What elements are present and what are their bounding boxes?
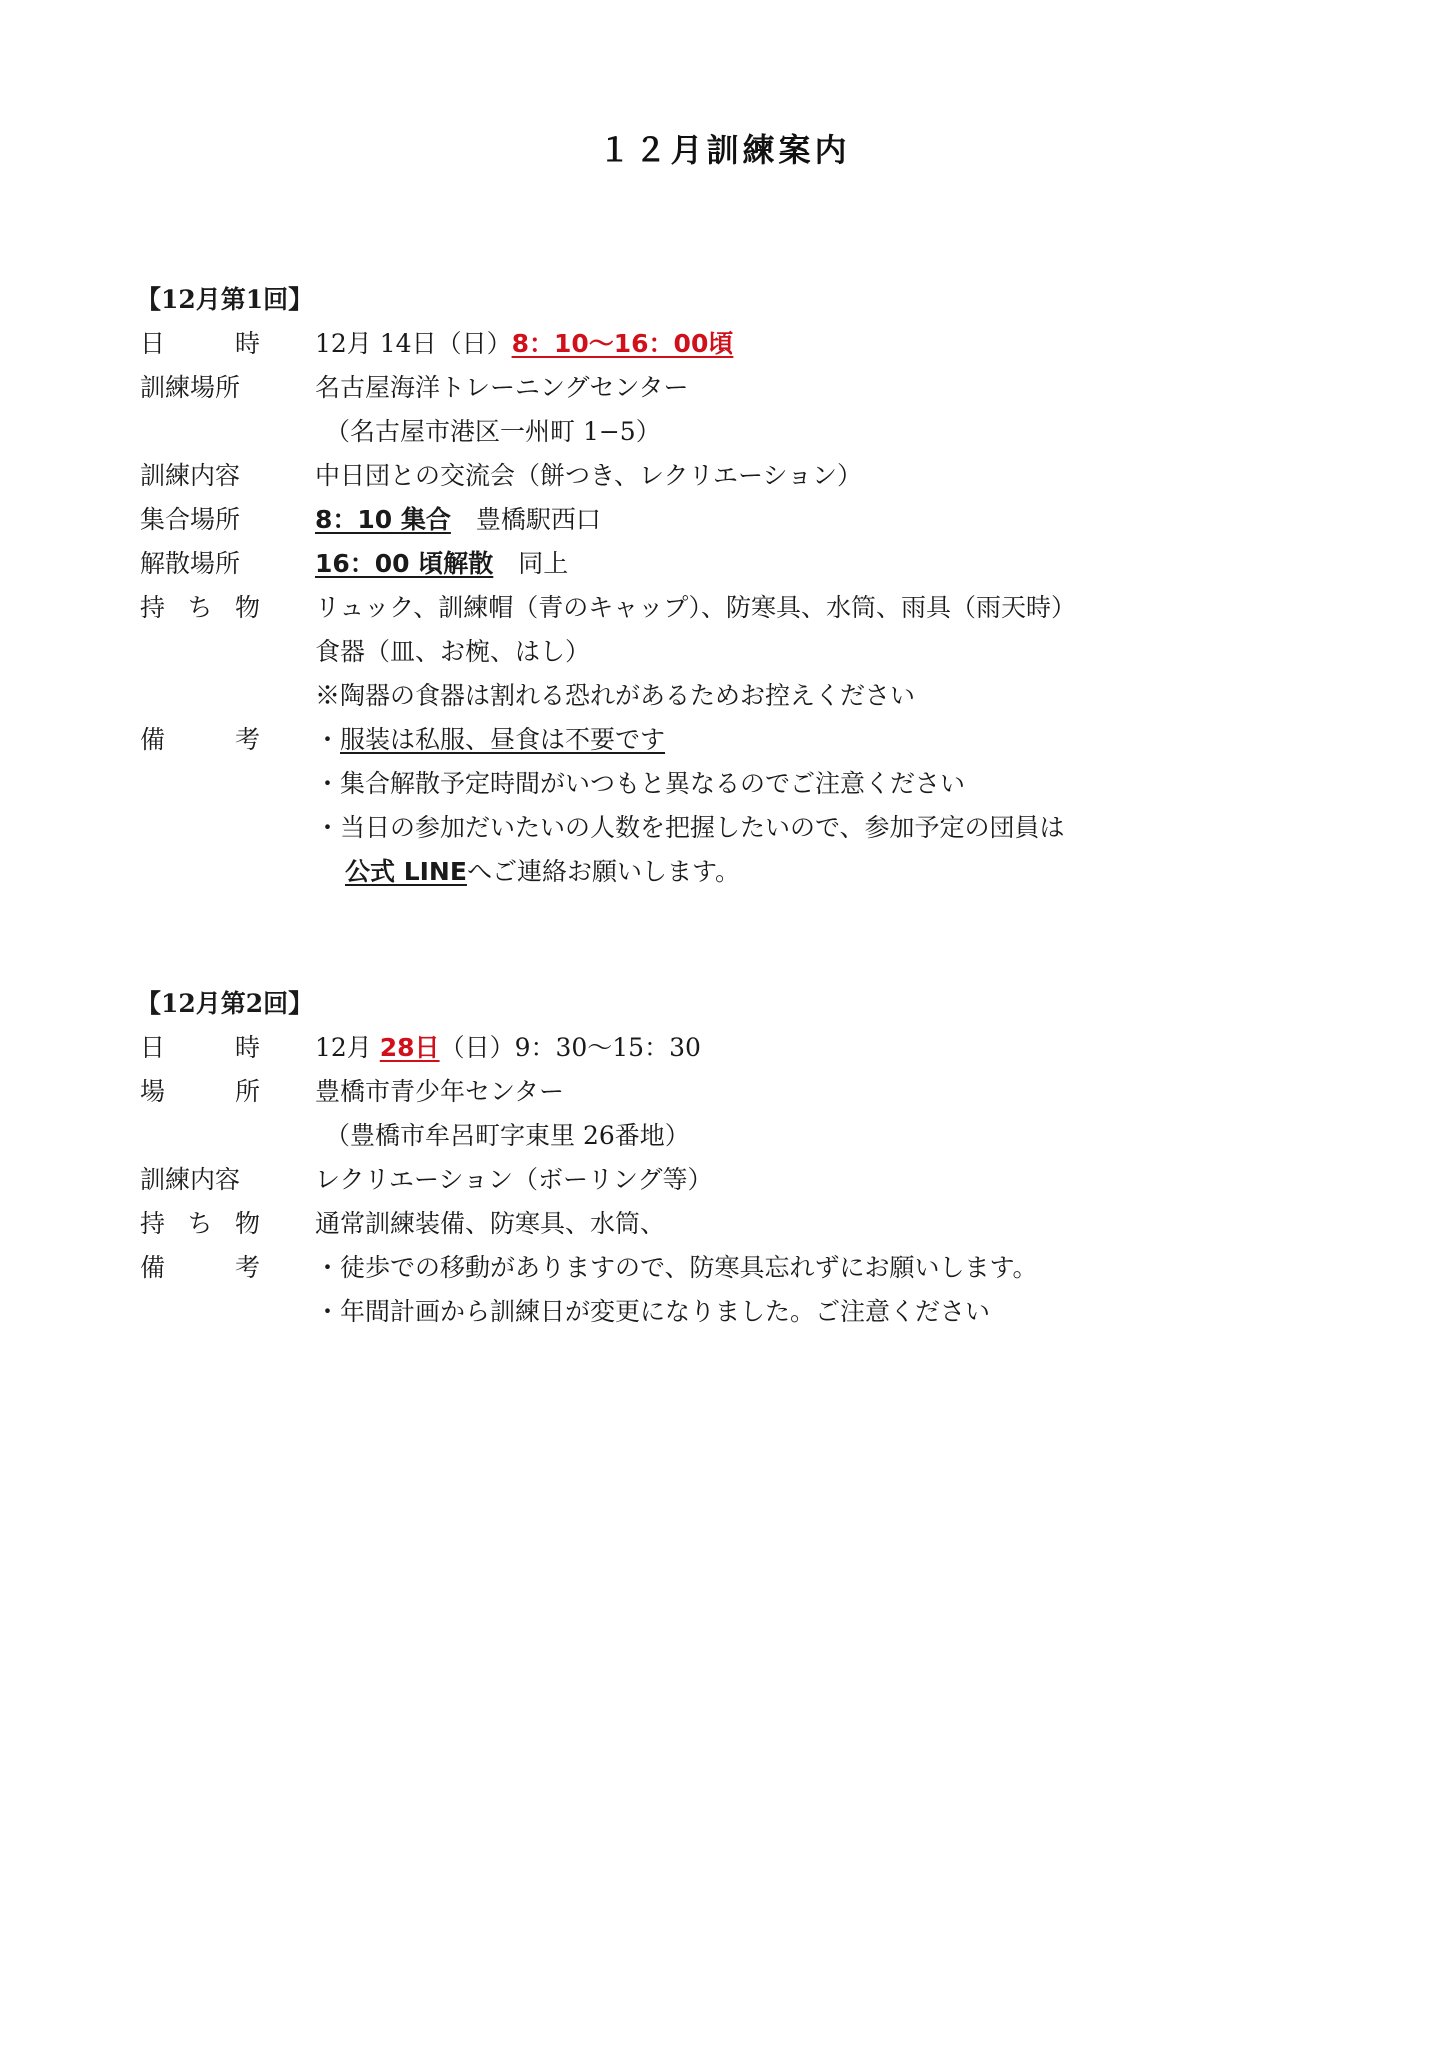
session-1-content-row: 訓練内容 中日団との交流会（餅つき、レクリエーション）	[140, 454, 1340, 498]
place-address: （名古屋市港区一州町 1−5）	[315, 410, 661, 454]
session-1-notes-row: 備 考 ・服装は私服、昼食は不要です	[140, 718, 1340, 762]
session-1-datetime-row: 日 時 12月 14日（日）8：10〜16：00頃	[140, 322, 1340, 366]
meeting-time: 8：10 集合	[315, 505, 451, 534]
content-label: 訓練内容	[140, 1158, 315, 1202]
session-2-content-row: 訓練内容 レクリエーション（ボーリング等）	[140, 1158, 1340, 1202]
place-name: 豊橋市青少年センター	[315, 1070, 564, 1114]
session-2-heading: 【12月第2回】	[136, 982, 1340, 1026]
day-highlight: 28日	[380, 1033, 440, 1062]
meeting-label: 集合場所	[140, 498, 315, 542]
session-1-address-row: （名古屋市港区一州町 1−5）	[140, 410, 1340, 454]
session-1-place-row: 訓練場所 名古屋海洋トレーニングセンター	[140, 366, 1340, 410]
content-label: 訓練内容	[140, 454, 315, 498]
place-address: （豊橋市牟呂町字東里 26番地）	[315, 1114, 690, 1158]
place-label: 訓練場所	[140, 366, 315, 410]
session-2: 【12月第2回】 日 時 12月 28日（日）9：30〜15：30 場 所 豊橋…	[140, 982, 1340, 1334]
note-item: ・当日の参加だいたいの人数を把握したいので、参加予定の団員は	[315, 806, 1065, 850]
session-2-datetime-row: 日 時 12月 28日（日）9：30〜15：30	[140, 1026, 1340, 1070]
place-label: 場 所	[140, 1070, 260, 1114]
session-2-belongings-row: 持 ち 物 通常訓練装備、防寒具、水筒、	[140, 1202, 1340, 1246]
page-title: １２月訓練案内	[0, 125, 1449, 171]
belongings-line-2: 食器（皿、お椀、はし）	[315, 630, 590, 674]
note-continuation: 公式 LINEへご連絡お願いします。	[315, 850, 740, 894]
session-2-address-row: （豊橋市牟呂町字東里 26番地）	[140, 1114, 1340, 1158]
datetime-value: 12月 28日（日）9：30〜15：30	[315, 1026, 701, 1070]
session-2-place-row: 場 所 豊橋市青少年センター	[140, 1070, 1340, 1114]
dismissal-time: 16：00 頃解散	[315, 549, 493, 578]
meeting-place: 豊橋駅西口	[476, 505, 601, 534]
official-line-link[interactable]: 公式 LINE	[345, 857, 467, 886]
note-item: ・年間計画から訓練日が変更になりました。ご注意ください	[315, 1290, 990, 1334]
belongings-value: 通常訓練装備、防寒具、水筒、	[315, 1202, 665, 1246]
belongings-label: 持 ち 物	[140, 586, 260, 630]
content-value: レクリエーション（ボーリング等）	[315, 1158, 713, 1202]
note-item: ・服装は私服、昼食は不要です	[315, 718, 665, 762]
date: 12月 14日（日）	[315, 329, 512, 358]
belongings-line-3: ※陶器の食器は割れる恐れがあるためお控えください	[315, 674, 915, 718]
datetime-label: 日 時	[140, 1026, 260, 1070]
belongings-line-1: リュック、訓練帽（青のキャップ）、防寒具、水筒、雨具（雨天時）	[315, 586, 1076, 630]
session-2-notes-row: 備 考 ・徒歩での移動がありますので、防寒具忘れずにお願いします。	[140, 1246, 1340, 1290]
belongings-label: 持 ち 物	[140, 1202, 260, 1246]
datetime-label: 日 時	[140, 322, 260, 366]
note-item: ・徒歩での移動がありますので、防寒具忘れずにお願いします。	[315, 1246, 1038, 1290]
dismissal-place: 同上	[518, 549, 568, 578]
time-highlight: 8：10〜16：00頃	[512, 329, 734, 358]
session-1-belongings-row: 持 ち 物 リュック、訓練帽（青のキャップ）、防寒具、水筒、雨具（雨天時）	[140, 586, 1340, 630]
session-1-heading: 【12月第1回】	[136, 278, 1340, 322]
note-item: ・集合解散予定時間がいつもと異なるのでご注意ください	[315, 762, 965, 806]
dismissal-label: 解散場所	[140, 542, 315, 586]
datetime-value: 12月 14日（日）8：10〜16：00頃	[315, 322, 733, 366]
session-1: 【12月第1回】 日 時 12月 14日（日）8：10〜16：00頃 訓練場所 …	[140, 278, 1340, 894]
notes-label: 備 考	[140, 1246, 260, 1290]
notes-label: 備 考	[140, 718, 260, 762]
place-name: 名古屋海洋トレーニングセンター	[315, 366, 689, 410]
content-value: 中日団との交流会（餅つき、レクリエーション）	[315, 454, 862, 498]
session-1-dismissal-row: 解散場所 16：00 頃解散同上	[140, 542, 1340, 586]
session-1-meeting-row: 集合場所 8：10 集合豊橋駅西口	[140, 498, 1340, 542]
